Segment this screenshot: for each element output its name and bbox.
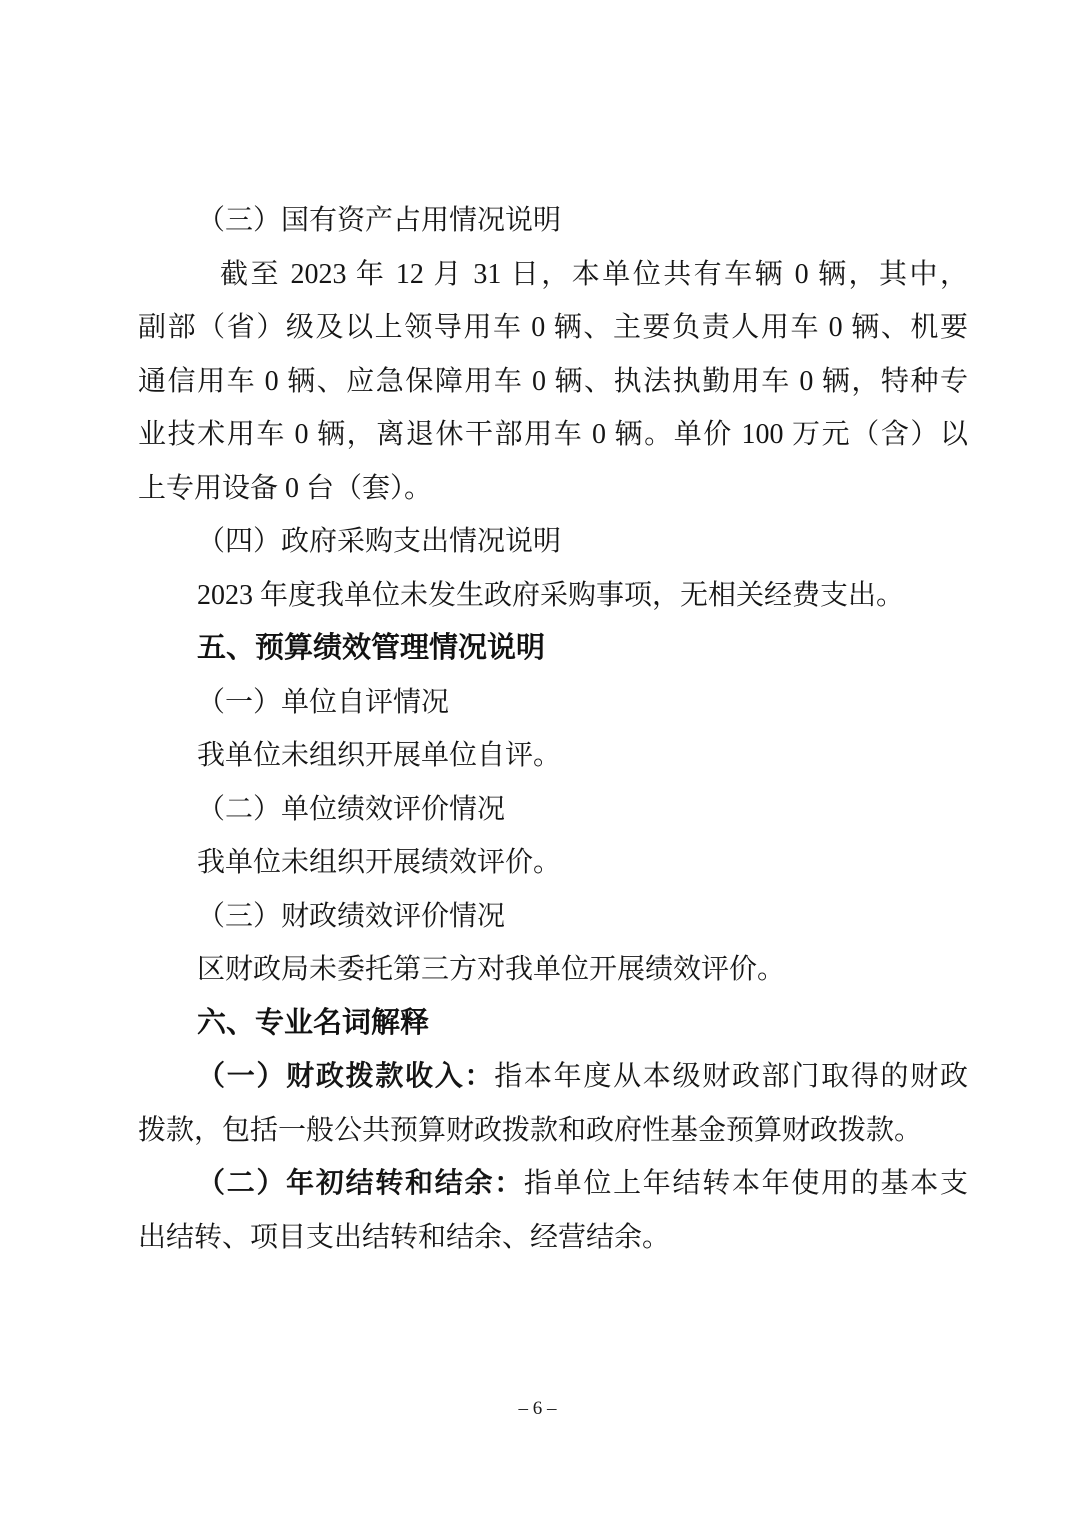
paragraph-assets-line-3: 通信用车 0 辆、应急保障用车 0 辆、执法执勤用车 0 辆，特种专 [138, 355, 968, 409]
subsection-heading-fiscal-evaluation: （三）财政绩效评价情况 [138, 890, 968, 944]
section-heading-state-assets: （三）国有资产占用情况说明 [138, 194, 968, 248]
definition-term-fiscal-appropriation: （一）财政拨款收入： [197, 1061, 494, 1092]
document-body: （三）国有资产占用情况说明 截至 2023 年 12 月 31 日，本单位共有车… [138, 194, 968, 1264]
chapter-heading-glossary: 六、专业名词解释 [138, 997, 968, 1051]
paragraph-assets-line-1: 截至 2023 年 12 月 31 日，本单位共有车辆 0 辆，其中， [138, 248, 968, 302]
subsection-heading-self-evaluation: （一）单位自评情况 [138, 676, 968, 730]
page-footer: – 6 – [0, 1394, 1075, 1424]
paragraph-fiscal-evaluation: 区财政局未委托第三方对我单位开展绩效评价。 [138, 943, 968, 997]
definition-text-carryover: 指单位上年结转本年使用的基本支 [524, 1168, 968, 1199]
definition-term-carryover: （二）年初结转和结余： [197, 1168, 524, 1199]
definition-text-fiscal-appropriation: 指本年度从本级财政部门取得的财政 [494, 1061, 968, 1092]
definition-fiscal-appropriation-line-1: （一）财政拨款收入：指本年度从本级财政部门取得的财政 [138, 1050, 968, 1104]
paragraph-assets-line-4: 业技术用车 0 辆，离退休干部用车 0 辆。单价 100 万元（含）以 [138, 408, 968, 462]
subsection-heading-unit-evaluation: （二）单位绩效评价情况 [138, 783, 968, 837]
paragraph-self-evaluation: 我单位未组织开展单位自评。 [138, 729, 968, 783]
definition-carryover-line-2: 出结转、项目支出结转和结余、经营结余。 [138, 1211, 968, 1265]
paragraph-unit-evaluation: 我单位未组织开展绩效评价。 [138, 836, 968, 890]
chapter-heading-performance: 五、预算绩效管理情况说明 [138, 622, 968, 676]
section-heading-procurement: （四）政府采购支出情况说明 [138, 515, 968, 569]
document-page: （三）国有资产占用情况说明 截至 2023 年 12 月 31 日，本单位共有车… [0, 0, 1075, 1520]
paragraph-procurement: 2023 年度我单位未发生政府采购事项，无相关经费支出。 [138, 569, 968, 623]
definition-fiscal-appropriation-line-2: 拨款，包括一般公共预算财政拨款和政府性基金预算财政拨款。 [138, 1104, 968, 1158]
definition-carryover-line-1: （二）年初结转和结余：指单位上年结转本年使用的基本支 [138, 1157, 968, 1211]
paragraph-assets-line-2: 副部（省）级及以上领导用车 0 辆、主要负责人用车 0 辆、机要 [138, 301, 968, 355]
paragraph-assets-line-5: 上专用设备 0 台（套）。 [138, 462, 968, 516]
page-number: – 6 – [519, 1398, 557, 1419]
